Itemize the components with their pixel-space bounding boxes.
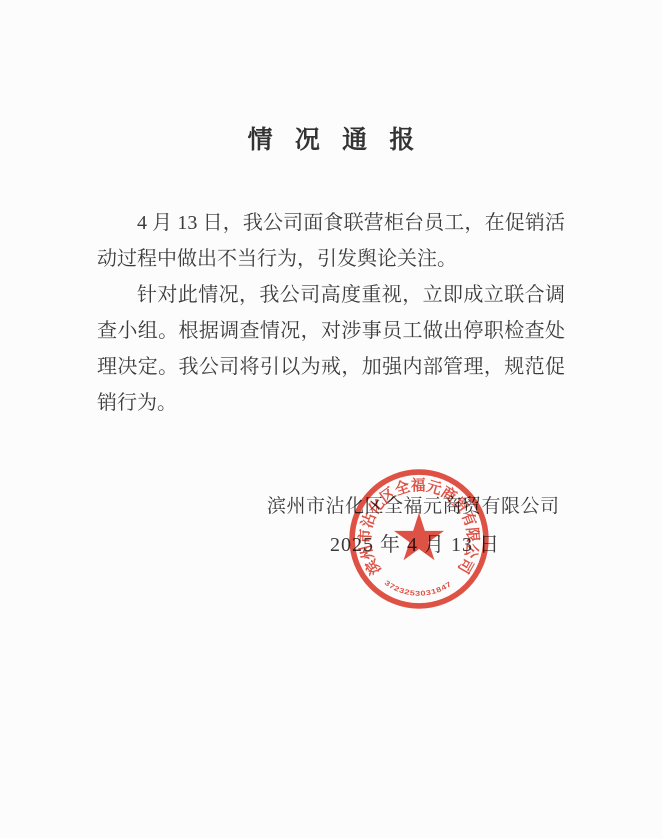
body-paragraph-1: 4 月 13 日，我公司面食联营柜台员工，在促销活动过程中做出不当行为，引发舆论… <box>97 205 565 277</box>
seal-serial-number: 3723253031847 <box>383 579 454 598</box>
red-star-icon <box>394 513 444 561</box>
document-body: 4 月 13 日，我公司面食联营柜台员工，在促销活动过程中做出不当行为，引发舆论… <box>97 205 565 421</box>
document-title: 情 况 通 报 <box>0 120 662 156</box>
scanned-document-page: 情 况 通 报 4 月 13 日，我公司面食联营柜台员工，在促销活动过程中做出不… <box>0 0 662 838</box>
body-paragraph-2: 针对此情况，我公司高度重视，立即成立联合调查小组。根据调查情况，对涉事员工做出停… <box>97 277 565 421</box>
official-company-seal: 滨州市沾化区全福元商贸有限公司 3723253031847 <box>346 466 492 612</box>
